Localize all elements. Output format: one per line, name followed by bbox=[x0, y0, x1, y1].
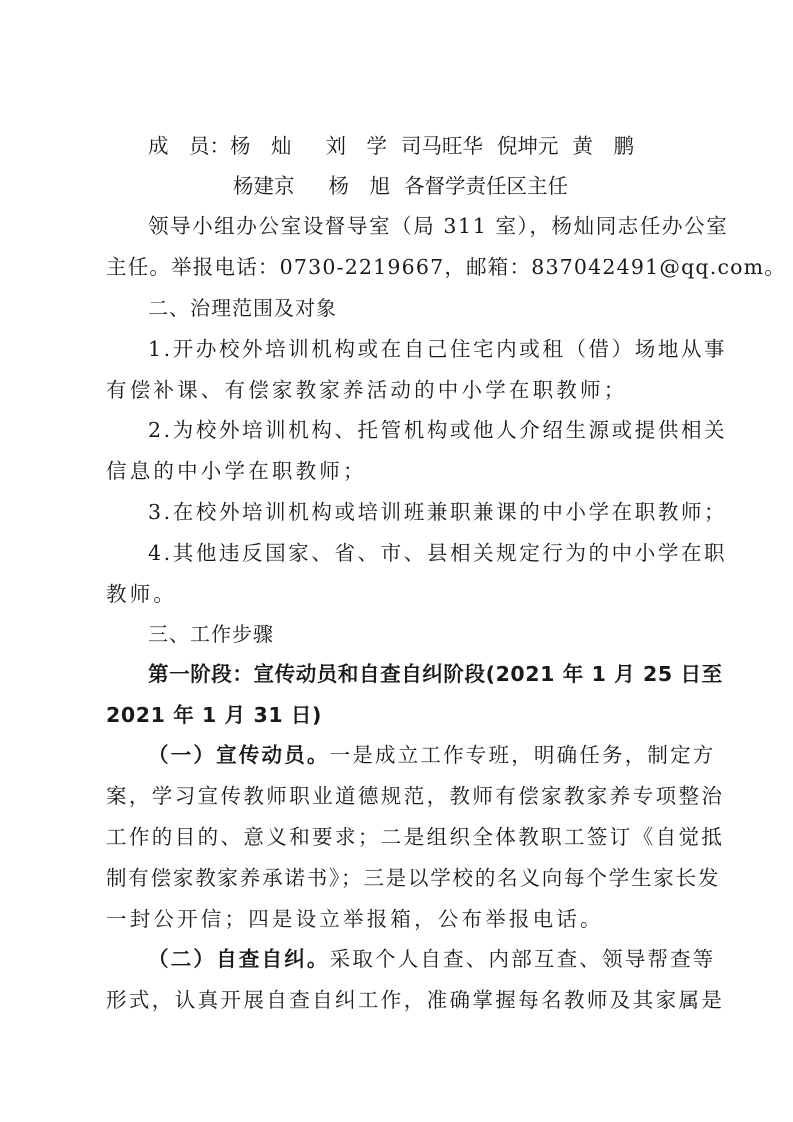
office-line-1: 领导小组办公室设督导室（局 311 室），杨灿同志任办公室 bbox=[148, 211, 696, 241]
members-label: 成 员： bbox=[148, 134, 230, 158]
section-heading-3: 三、工作步骤 bbox=[148, 619, 696, 649]
item-3-line-1: 3.在校外培训机构或培训班兼职兼课的中小学在职教师； bbox=[148, 497, 696, 527]
phase-1-title-line-1: 第一阶段：宣传动员和自查自纠阶段(2021 年 1 月 25 日至 bbox=[148, 659, 696, 689]
members-row-1: 成 员：杨 灿刘 学司马旺华倪坤元黄 鹏 bbox=[148, 131, 738, 161]
members-row-2: 杨建京杨 旭各督学责任区主任 bbox=[233, 171, 793, 201]
item-2-line-2: 信息的中小学在职教师； bbox=[106, 456, 696, 486]
para-1-text: 一是成立工作专班，明确任务，制定方 bbox=[330, 743, 716, 767]
document-page: 成 员：杨 灿刘 学司马旺华倪坤元黄 鹏 杨建京杨 旭各督学责任区主任 领导小组… bbox=[0, 0, 793, 1122]
member-name: 司马旺华 bbox=[401, 134, 483, 158]
para-1-line-4: 制有偿家教家养承诺书》；三是以学校的名义向每个学生家长发 bbox=[106, 863, 696, 893]
phase-1-title-line-2: 2021 年 1 月 31 日) bbox=[106, 700, 696, 730]
para-2-line-2: 形式，认真开展自查自纠工作，准确掌握每名教师及其家属是 bbox=[106, 985, 696, 1015]
para-1-title: （一）宣传动员。 bbox=[148, 743, 330, 767]
item-1-line-1: 1.开办校外培训机构或在自己住宅内或租（借）场地从事 bbox=[148, 334, 696, 364]
member-name: 黄 鹏 bbox=[573, 134, 635, 158]
para-2-text: 采取个人自查、内部互查、领导帮查等 bbox=[330, 947, 716, 971]
member-name: 杨建京 bbox=[233, 174, 295, 198]
para-2-title: （二）自查自纠。 bbox=[148, 947, 330, 971]
member-name: 刘 学 bbox=[326, 134, 388, 158]
member-name: 杨 灿 bbox=[230, 134, 292, 158]
para-1-line-1: （一）宣传动员。一是成立工作专班，明确任务，制定方 bbox=[148, 740, 696, 770]
para-1-line-2: 案，学习宣传教师职业道德规范，教师有偿家教家养专项整治 bbox=[106, 781, 696, 811]
office-line-2: 主任。举报电话：0730-2219667，邮箱：837042491@qq.com… bbox=[106, 252, 696, 282]
member-name: 杨 旭 bbox=[329, 174, 391, 198]
para-1-line-3: 工作的目的、意义和要求；二是组织全体教职工签订《自觉抵 bbox=[106, 822, 696, 852]
item-1-line-2: 有偿补课、有偿家教家养活动的中小学在职教师； bbox=[106, 375, 696, 405]
member-name: 各督学责任区主任 bbox=[404, 174, 568, 198]
para-1-line-5: 一封公开信；四是设立举报箱，公布举报电话。 bbox=[106, 904, 696, 934]
member-name: 倪坤元 bbox=[497, 134, 559, 158]
item-2-line-1: 2.为校外培训机构、托管机构或他人介绍生源或提供相关 bbox=[148, 415, 696, 445]
section-heading-2: 二、治理范围及对象 bbox=[148, 293, 696, 323]
item-4-line-1: 4.其他违反国家、省、市、县相关规定行为的中小学在职 bbox=[148, 538, 696, 568]
item-4-line-2: 教师。 bbox=[106, 579, 696, 609]
para-2-line-1: （二）自查自纠。采取个人自查、内部互查、领导帮查等 bbox=[148, 944, 696, 974]
